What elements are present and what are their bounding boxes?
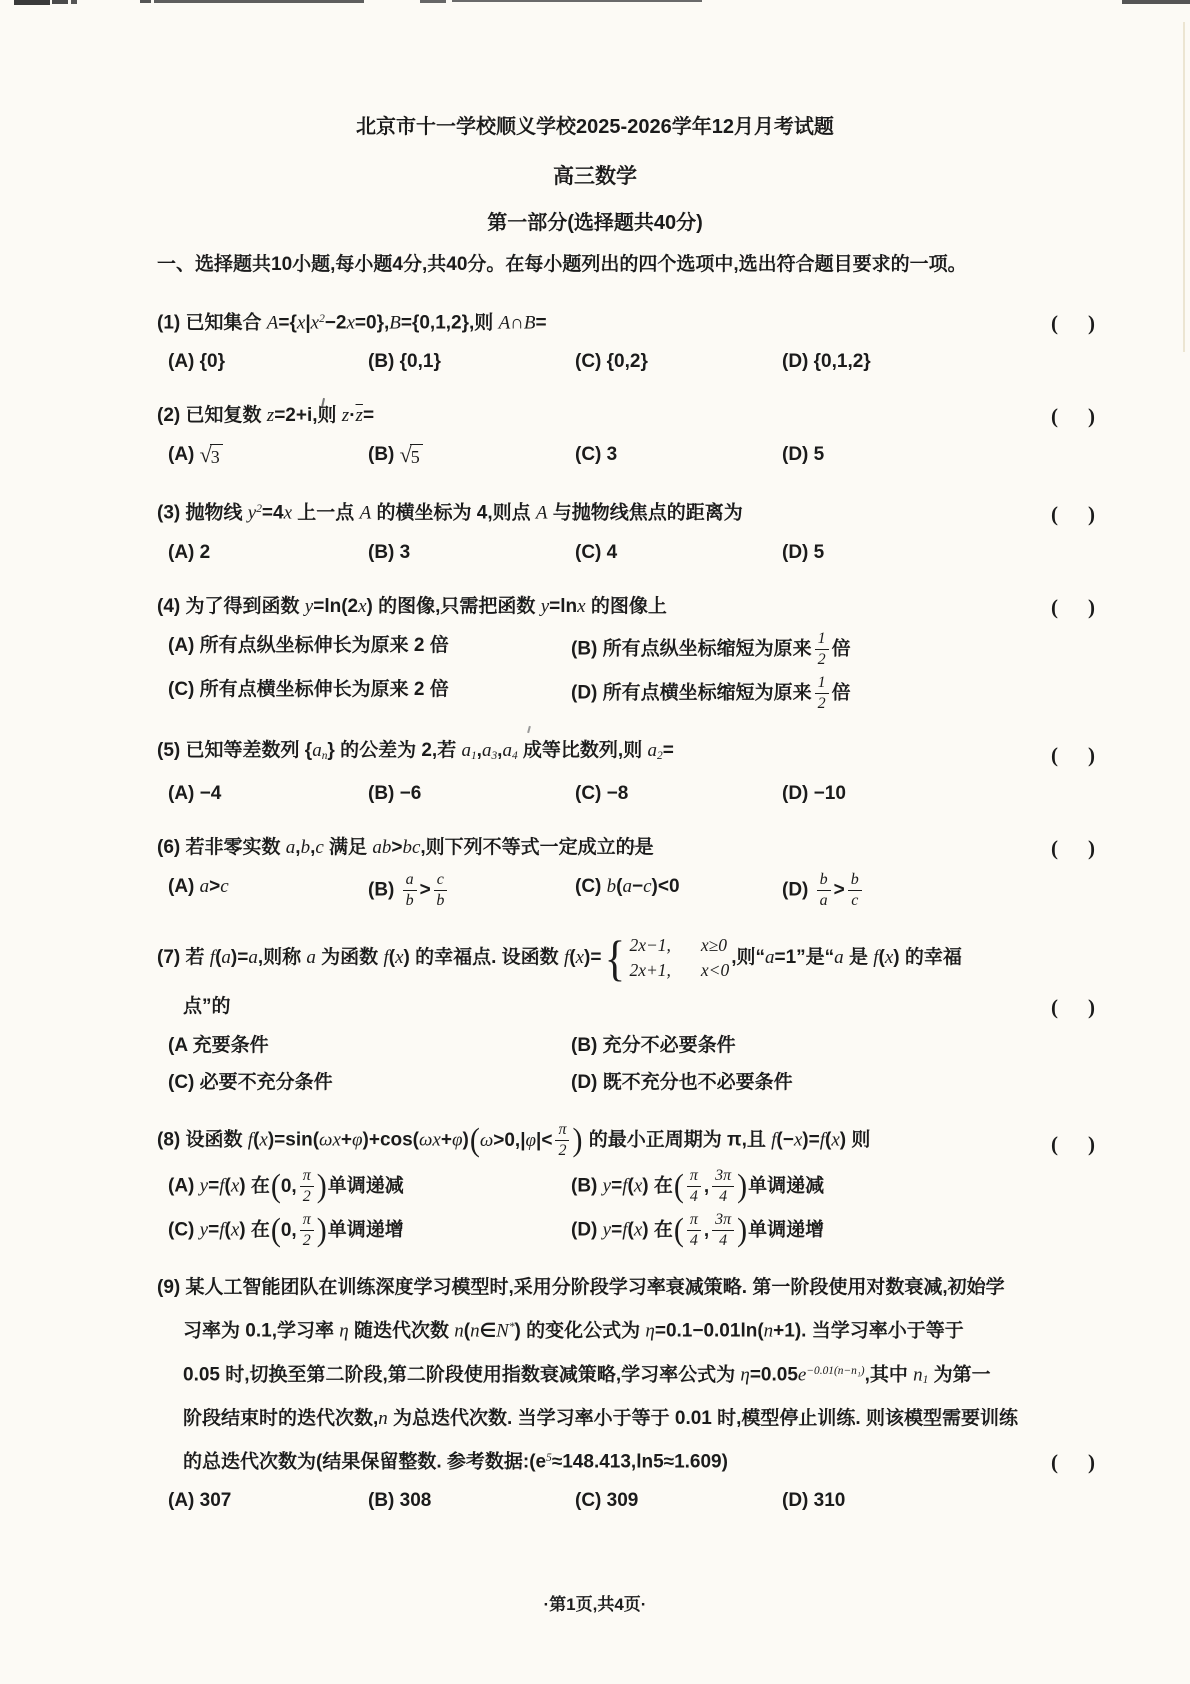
text-run: (C) {0,2} <box>575 351 648 372</box>
cases-cell: x≥0 <box>701 935 727 956</box>
math-var: y <box>603 1220 611 1241</box>
math-var: A <box>536 503 548 524</box>
text-run: (B) {0,1} <box>368 351 441 372</box>
text-run: = <box>611 1220 622 1241</box>
text-run: , <box>704 1177 709 1196</box>
text-run: + <box>341 1130 352 1151</box>
text-run: 倍 <box>832 638 851 659</box>
text-run: (D) 310 <box>782 1490 845 1511</box>
text-run: ) 在 <box>239 1176 270 1197</box>
math-var: y <box>541 596 549 617</box>
text-run: =4 <box>262 503 284 524</box>
question-9-option-C: (C) 309 <box>575 1486 782 1516</box>
question-1-options: (A) {0}(B) {0,1}(C) {0,2}(D) {0,1,2} <box>157 347 1130 377</box>
question-1: (1) 已知集合 A={x|x2−2x=0},B={0,1,2},则 A∩B=(… <box>157 304 1130 377</box>
fraction: cb <box>434 872 447 909</box>
cases-cell: x<0 <box>701 960 729 981</box>
math-var: φ <box>452 1130 463 1151</box>
text-run: ,其中 <box>865 1364 914 1385</box>
question-7-option-A: (A 充要条件 <box>168 1031 571 1061</box>
numerator: c <box>434 872 447 891</box>
math-var: c <box>643 876 651 897</box>
text-run: (3) 抛物线 <box>157 503 248 524</box>
answer-blank: () <box>1051 1447 1095 1477</box>
text-run: 的横坐标为 4,则点 <box>371 503 536 524</box>
exam-subject: 高三数学 <box>0 162 1190 192</box>
text-run: −2 <box>325 312 347 333</box>
numerator: b <box>817 872 831 891</box>
math-var: a <box>200 876 210 897</box>
text-run: (6) 若非零实数 <box>157 837 286 858</box>
numerator: π <box>555 1122 569 1141</box>
radical: √3 <box>200 444 223 466</box>
text-run: 0.05 时,切换至第二阶段,第二阶段使用指数衰减策略,学习率公式为 <box>183 1364 740 1385</box>
math-var: a <box>502 740 512 761</box>
text-run: )= <box>231 947 248 968</box>
paren-group: (0,π2) <box>271 1168 327 1205</box>
text-run: ) 则 <box>840 1130 871 1151</box>
text-run: =0}, <box>355 312 389 333</box>
close-paren: ) <box>1088 404 1095 428</box>
text-run: 单调递减 <box>328 1176 404 1197</box>
math-var: n <box>470 1321 480 1342</box>
text-run: (A) <box>168 444 200 465</box>
question-2-option-B: (B) √5 <box>368 440 575 470</box>
numerator: π <box>687 1212 701 1231</box>
math-var: x <box>395 947 403 968</box>
question-4-option-B: (B) 所有点纵坐标缩短为原来12倍 <box>571 631 1130 668</box>
text-run: (D) 5 <box>782 542 824 563</box>
math-var: x <box>231 1220 239 1241</box>
paren-group: (π4,3π4) <box>674 1212 747 1249</box>
close-paren: ) <box>1088 595 1095 619</box>
question-9-stem: 阶段结束时的迭代次数,n 为总迭代次数. 当学习率小于等于 0.01 时,模型停… <box>157 1404 1130 1434</box>
page-footer: ·第1页,共4页· <box>0 1590 1190 1615</box>
text-run: > <box>834 880 845 901</box>
math-var: ω <box>480 1131 493 1150</box>
text-run: (D) 既不充分也不必要条件 <box>571 1072 793 1093</box>
scan-artifact <box>154 0 364 3</box>
text-run: ) 的幸福点. 设函数 <box>404 947 564 968</box>
text-run: +1). 当学习率小于等于 <box>773 1321 964 1342</box>
text-run: (C) 4 <box>575 542 617 563</box>
text-run: (B) 所有点纵坐标缩短为原来 <box>571 638 812 659</box>
math-var: x <box>831 1130 839 1151</box>
text-run: ≈148.413,ln5≈1.609) <box>552 1451 728 1472</box>
math-var: A <box>267 312 279 333</box>
cases-cell: 2x−1, <box>629 935 670 956</box>
open-paren: ( <box>674 1171 684 1203</box>
answer-blank: () <box>1051 833 1095 863</box>
math-var: c <box>220 876 228 897</box>
question-9-stem: 习率为 0.1,学习率 η 随迭代次数 n(n∈N*) 的变化公式为 η=0.1… <box>157 1312 1130 1346</box>
text-run: ∩ <box>510 312 524 333</box>
fraction: ab <box>403 872 417 909</box>
open-paren: ( <box>1051 836 1058 860</box>
math-var: b <box>607 876 617 897</box>
question-6-option-D: (D) ba>bc <box>782 872 1130 909</box>
open-paren: ( <box>1051 743 1058 767</box>
math-var: a <box>765 947 775 968</box>
text-run: (D) 5 <box>782 444 824 465</box>
close-paren: ) <box>737 1171 747 1203</box>
math-var: A <box>360 503 372 524</box>
math-var: y <box>248 503 256 524</box>
text-run: 阶段结束时的迭代次数, <box>183 1408 378 1429</box>
text-run: =2+i,则 <box>274 405 342 426</box>
question-5-option-A: (A) −4 <box>168 779 368 809</box>
text-run: (B) 充分不必要条件 <box>571 1035 736 1056</box>
text-run: = <box>663 740 674 761</box>
text-run: 单调递增 <box>748 1220 824 1241</box>
close-paren: ) <box>317 1171 327 1203</box>
text-run: =1”是“ <box>775 947 835 968</box>
question-9-stem: (9) 某人工智能团队在训练深度学习模型时,采用分阶段学习率衰减策略. 第一阶段… <box>157 1273 1130 1303</box>
text-run: >0,| <box>493 1131 525 1150</box>
close-paren: ) <box>737 1215 747 1247</box>
text-run: )= <box>802 1130 819 1151</box>
text-run: (B) <box>571 1176 603 1197</box>
text-run: 的图像上 <box>586 596 667 617</box>
question-8-option-C: (C) y=f(x) 在(0,π2)单调递增 <box>168 1212 571 1249</box>
text-run: (A) <box>168 1176 200 1197</box>
text-run: 为函数 <box>316 947 384 968</box>
text-run: ) 的图像,只需把函数 <box>367 596 541 617</box>
open-paren: ( <box>271 1215 281 1247</box>
math-var: φ <box>352 1130 363 1151</box>
denominator: b <box>436 891 444 909</box>
cases-row: 2x+1,x<0 <box>629 960 729 981</box>
question-list: (1) 已知集合 A={x|x2−2x=0},B={0,1,2},则 A∩B=(… <box>157 304 1130 1516</box>
text-run: 的总迭代次数为(结果保留整数. 参考数据:(e <box>183 1451 546 1472</box>
question-9-option-B: (B) 308 <box>368 1486 575 1516</box>
scan-artifact <box>140 0 151 3</box>
close-paren: ) <box>572 1125 582 1157</box>
text-run: 习率为 0.1,学习率 <box>183 1321 339 1342</box>
text-run: ,则下列不等式一定成立的是 <box>420 837 653 858</box>
numerator: 3π <box>712 1168 734 1187</box>
denominator: 4 <box>690 1231 698 1249</box>
close-paren: ) <box>317 1215 327 1247</box>
question-6: (6) 若非零实数 a,b,c 满足 ab>bc,则下列不等式一定成立的是()(… <box>157 833 1130 909</box>
numerator: 1 <box>815 631 829 650</box>
question-4-option-C: (C) 所有点横坐标伸长为原来 2 倍 <box>168 675 571 712</box>
scan-artifact <box>71 0 77 4</box>
math-var: A <box>499 312 511 333</box>
scan-artifact <box>1183 22 1185 352</box>
text-run: (B) <box>368 880 400 901</box>
denominator: a <box>820 891 828 909</box>
question-3-option-C: (C) 4 <box>575 538 782 568</box>
question-6-options: (A) a>c(B) ab>cb(C) b(a−c)<0(D) ba>bc <box>157 872 1130 909</box>
open-paren: ( <box>1051 311 1058 335</box>
question-3-option-A: (A) 2 <box>168 538 368 568</box>
text-run: (9) 某人工智能团队在训练深度学习模型时,采用分阶段学习率衰减策略. 第一阶段… <box>157 1277 1005 1298</box>
math-var: B <box>389 312 401 333</box>
open-paren: ( <box>1051 595 1058 619</box>
open-paren: ( <box>470 1125 480 1157</box>
math-var: φ <box>526 1131 537 1150</box>
question-3-options: (A) 2(B) 3(C) 4(D) 5 <box>157 538 1130 568</box>
text-run: 成等比数列,则 <box>518 740 648 761</box>
text-run: (A 充要条件 <box>168 1035 269 1056</box>
question-1-stem: (1) 已知集合 A={x|x2−2x=0},B={0,1,2},则 A∩B=(… <box>157 304 1130 338</box>
text-run: (D) {0,1,2} <box>782 351 871 372</box>
text-run: =ln <box>549 596 577 617</box>
exam-page: 北京市十一学校顺义学校2025-2026学年12月月考试题 高三数学 第一部分(… <box>0 0 1190 1684</box>
text-run: (D) <box>782 880 814 901</box>
question-7-stem: 点”的() <box>157 992 1130 1022</box>
text-run: 满足 <box>324 837 373 858</box>
text-run: ) <box>463 1130 469 1151</box>
math-var: η <box>645 1321 654 1342</box>
text-run: − <box>632 876 643 897</box>
question-9-option-A: (A) 307 <box>168 1486 368 1516</box>
close-paren: ) <box>1088 1132 1095 1156</box>
question-6-option-C: (C) b(a−c)<0 <box>575 872 782 909</box>
text-run: 的最小正周期为 π,且 <box>583 1130 771 1151</box>
math-var: ab <box>372 837 391 858</box>
math-var: x <box>577 596 585 617</box>
text-run: = <box>363 405 374 426</box>
text-run: > <box>209 876 220 897</box>
text-run: (B) −6 <box>368 783 421 804</box>
text-run: (A) {0} <box>168 351 225 372</box>
fraction: 3π4 <box>712 1168 734 1205</box>
text-run: (D) −10 <box>782 783 846 804</box>
math-var: N <box>496 1321 509 1342</box>
text-run: (1) 已知集合 <box>157 312 267 333</box>
text-run: )<0 <box>652 876 680 897</box>
fraction: π2 <box>300 1168 314 1205</box>
math-var: y <box>603 1176 611 1197</box>
answer-blank: () <box>1051 592 1095 622</box>
math-var: x <box>576 947 584 968</box>
answer-blank: () <box>1051 308 1095 338</box>
denominator: 2 <box>818 694 826 712</box>
text-run: =ln(2 <box>313 596 358 617</box>
paren-group: (π4,3π4) <box>674 1168 747 1205</box>
question-4: (4) 为了得到函数 y=ln(2x) 的图像,只需把函数 y=lnx 的图像上… <box>157 592 1130 712</box>
numerator: a <box>403 872 417 891</box>
text-run: (C) 309 <box>575 1490 638 1511</box>
open-paren: ( <box>674 1215 684 1247</box>
text-run: (4) 为了得到函数 <box>157 596 305 617</box>
text-run: = <box>611 1176 622 1197</box>
denominator: 4 <box>719 1231 727 1249</box>
text-run: (C) <box>575 876 607 897</box>
question-4-option-D: (D) 所有点横坐标缩短为原来12倍 <box>571 675 1130 712</box>
text-run: ) 的幸福 <box>893 947 962 968</box>
question-1-option-C: (C) {0,2} <box>575 347 782 377</box>
text-run: 单调递增 <box>328 1220 404 1241</box>
answer-blank: () <box>1051 740 1095 770</box>
text-run: (C) 必要不充分条件 <box>168 1072 333 1093</box>
question-2: (2) 已知复数 z=2+i,则 z·z=()(A) √3(B) √5(C) 3… <box>157 401 1130 470</box>
cases-cell: 2x+1, <box>629 960 670 981</box>
text-run: 是 <box>844 947 874 968</box>
denominator: b <box>406 891 414 909</box>
question-4-options: (A) 所有点纵坐标伸长为原来 2 倍(B) 所有点纵坐标缩短为原来12倍(C)… <box>157 631 1130 712</box>
math-var: a <box>306 947 316 968</box>
math-var: a <box>312 740 322 761</box>
text-run: ={0,1,2},则 <box>401 312 499 333</box>
text-run: + <box>441 1130 452 1151</box>
math-var: n <box>913 1364 923 1385</box>
question-5-options: (A) −4(B) −6(C) −8(D) −10 <box>157 779 1130 809</box>
text-run: (B) <box>368 444 400 465</box>
question-8: (8) 设函数 f(x)=sin(ωx+φ)+cos(ωx+φ)(ω>0,|φ|… <box>157 1122 1130 1249</box>
text-run: (D) <box>571 1220 603 1241</box>
math-var: a <box>286 837 296 858</box>
open-paren: ( <box>1051 1132 1058 1156</box>
numerator: 3π <box>712 1212 734 1231</box>
cases-brace: { <box>605 933 625 983</box>
question-3-option-D: (D) 5 <box>782 538 1130 568</box>
question-5-option-C: (C) −8 <box>575 779 782 809</box>
question-9: (9) 某人工智能团队在训练深度学习模型时,采用分阶段学习率衰减策略. 第一阶段… <box>157 1273 1130 1516</box>
text-run: ) 的变化公式为 <box>515 1321 646 1342</box>
paren-group: (0,π2) <box>271 1212 327 1249</box>
math-var: c <box>315 837 323 858</box>
text-run: (7) 若 <box>157 947 210 968</box>
paren-group: (ω>0,|φ|<π2) <box>470 1122 583 1159</box>
question-7-stem: (7) 若 f(a)=a,则称 a 为函数 f(x) 的幸福点. 设函数 f(x… <box>157 933 1130 983</box>
question-7: (7) 若 f(a)=a,则称 a 为函数 f(x) 的幸福点. 设函数 f(x… <box>157 933 1130 1098</box>
numerator: b <box>848 872 862 891</box>
question-2-option-D: (D) 5 <box>782 440 1130 470</box>
piecewise-cases: {2x−1,x≥02x+1,x<0 <box>603 933 729 983</box>
close-paren: ) <box>1088 995 1095 1019</box>
question-4-option-A: (A) 所有点纵坐标伸长为原来 2 倍 <box>168 631 571 668</box>
question-3: (3) 抛物线 y2=4x 上一点 A 的横坐标为 4,则点 A 与抛物线焦点的… <box>157 494 1130 567</box>
math-var: a <box>221 947 231 968</box>
section-heading: 第一部分(选择题共40分) <box>0 208 1190 238</box>
text-run: 为第一 <box>928 1364 990 1385</box>
math-var: a <box>622 876 632 897</box>
radical: √5 <box>400 444 423 466</box>
math-var: a <box>461 740 471 761</box>
fraction: π4 <box>687 1168 701 1205</box>
radicand: 5 <box>410 444 423 466</box>
question-area: 一、选择题共10小题,每小题4分,共40分。在每小题列出的四个选项中,选出符合题… <box>0 250 1190 1516</box>
question-5-option-D: (D) −10 <box>782 779 1130 809</box>
text-run: 随迭代次数 <box>349 1321 455 1342</box>
fraction: 3π4 <box>712 1212 734 1249</box>
question-1-option-A: (A) {0} <box>168 347 368 377</box>
radicand: 3 <box>210 444 223 466</box>
instructions: 一、选择题共10小题,每小题4分,共40分。在每小题列出的四个选项中,选出符合题… <box>157 250 1130 280</box>
math-var: n <box>378 1408 388 1429</box>
text-run: (B) 3 <box>368 542 410 563</box>
math-var: ωx <box>419 1130 441 1151</box>
text-run: = <box>208 1220 219 1241</box>
text-run: =0.05 <box>750 1364 798 1385</box>
math-var: a <box>834 947 844 968</box>
question-6-option-A: (A) a>c <box>168 872 368 909</box>
math-var: y <box>200 1176 208 1197</box>
text-run: ={ <box>278 312 297 333</box>
math-var: x <box>634 1176 642 1197</box>
close-paren: ) <box>1088 1450 1095 1474</box>
open-paren: ( <box>1051 404 1058 428</box>
cases-rows: 2x−1,x≥02x+1,x<0 <box>629 935 729 981</box>
scan-artifact <box>14 0 50 5</box>
question-8-option-A: (A) y=f(x) 在(0,π2)单调递减 <box>168 1168 571 1205</box>
text-run: = <box>208 1176 219 1197</box>
question-1-option-B: (B) {0,1} <box>368 347 575 377</box>
text-run: (C) 3 <box>575 444 617 465</box>
math-var: x <box>284 503 292 524</box>
fraction: π2 <box>555 1122 569 1159</box>
text-run: (A) 所有点纵坐标伸长为原来 2 倍 <box>168 635 449 656</box>
open-paren: ( <box>1051 1450 1058 1474</box>
answer-blank: () <box>1051 1129 1095 1159</box>
text-run: 0, <box>281 1177 297 1196</box>
question-9-option-D: (D) 310 <box>782 1486 1130 1516</box>
text-run: (C) <box>168 1220 200 1241</box>
math-var: x <box>259 1130 267 1151</box>
denominator: 2 <box>818 650 826 668</box>
math-var: x <box>311 312 319 333</box>
open-paren: ( <box>271 1171 281 1203</box>
text-run: ,则称 <box>258 947 307 968</box>
text-run: =0.1−0.01ln( <box>655 1321 764 1342</box>
exam-title: 北京市十一学校顺义学校2025-2026学年12月月考试题 <box>0 112 1190 142</box>
question-7-option-C: (C) 必要不充分条件 <box>168 1068 571 1098</box>
text-run: )=sin( <box>268 1130 319 1151</box>
text-run: 点”的 <box>183 996 231 1017</box>
denominator: 4 <box>690 1187 698 1205</box>
numerator: π <box>687 1168 701 1187</box>
text-run: ,则“ <box>731 947 765 968</box>
numerator: π <box>300 1212 314 1231</box>
text-run: (5) 已知等差数列 { <box>157 740 312 761</box>
scan-artifact <box>1122 0 1190 4</box>
question-1-option-D: (D) {0,1,2} <box>782 347 1130 377</box>
math-var: b <box>301 837 311 858</box>
numerator: π <box>300 1168 314 1187</box>
open-paren: ( <box>1051 995 1058 1019</box>
answer-blank: () <box>1051 499 1095 529</box>
question-7-option-B: (B) 充分不必要条件 <box>571 1031 1130 1061</box>
question-2-option-C: (C) 3 <box>575 440 782 470</box>
text-run: > <box>420 880 431 901</box>
math-var: bc <box>402 837 420 858</box>
fraction: ba <box>817 872 831 909</box>
text-run: (B) 308 <box>368 1490 431 1511</box>
math-var: y <box>305 596 313 617</box>
header: 北京市十一学校顺义学校2025-2026学年12月月考试题 高三数学 第一部分(… <box>0 0 1190 238</box>
text-run: (− <box>776 1130 793 1151</box>
text-run: ) 在 <box>239 1220 270 1241</box>
text-run: |< <box>536 1131 552 1150</box>
text-run: 单调递减 <box>748 1176 824 1197</box>
math-var: ωx <box>319 1130 341 1151</box>
math-var: y <box>200 1220 208 1241</box>
math-var: η <box>339 1321 348 1342</box>
denominator: 2 <box>303 1231 311 1249</box>
math-var: x <box>358 596 366 617</box>
scan-artifact <box>420 0 446 3</box>
question-9-stem: 0.05 时,切换至第二阶段,第二阶段使用指数衰减策略,学习率公式为 η=0.0… <box>157 1356 1130 1395</box>
overline-var: z <box>356 405 363 426</box>
math-var: n <box>764 1321 774 1342</box>
denominator: 4 <box>719 1187 727 1205</box>
denominator: 2 <box>303 1187 311 1205</box>
math-var: a <box>647 740 657 761</box>
text-run: (D) 所有点横坐标缩短为原来 <box>571 682 812 703</box>
